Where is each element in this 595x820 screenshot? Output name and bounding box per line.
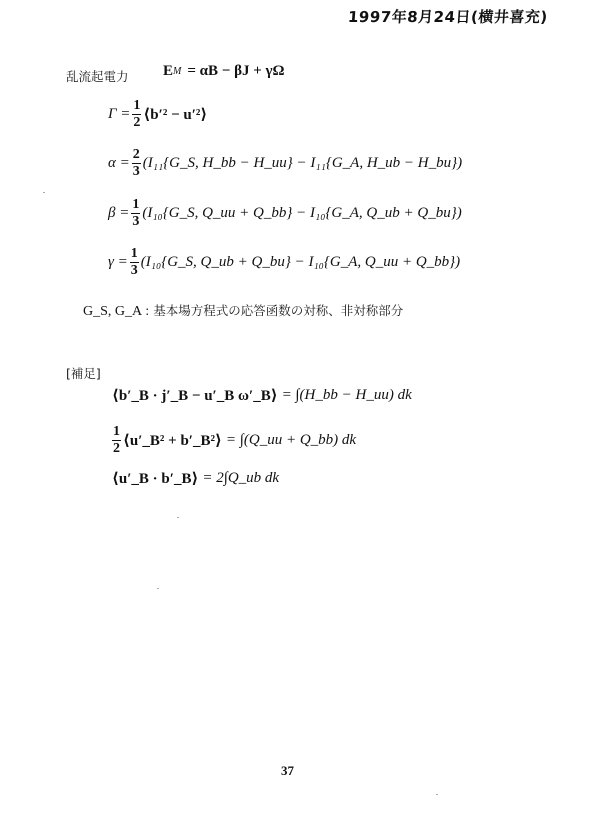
fraction-numerator: 2	[132, 148, 141, 162]
beta-equation: β = 1 3 (I₁₀{G_S, Q_uu + Q_bb} − I₁₀{G_A…	[108, 198, 462, 229]
supplement-equation-1: ⟨b′_B · j′_B − u′_B ω′_B⟩ = ∫(H_bb − H_u…	[112, 386, 412, 405]
emf-equation: EM = αB − βJ + γΩ	[163, 63, 285, 80]
fraction-denominator: 2	[112, 442, 121, 456]
gamma-rhs: (I₁₀{G_S, Q_ub + Q_bu} − I₁₀{G_A, Q_uu +…	[141, 254, 460, 271]
fraction-denominator: 2	[132, 116, 141, 130]
alpha-lhs: α =	[108, 155, 130, 172]
alpha-rhs: (I₁₁{G_S, H_bb − H_uu} − I₁₁{G_A, H_ub −…	[143, 155, 462, 172]
gamma-equation: γ = 1 3 (I₁₀{G_S, Q_ub + Q_bu} − I₁₀{G_A…	[108, 247, 460, 278]
scan-speck	[43, 192, 45, 193]
scan-speck	[436, 794, 438, 795]
scan-speck	[177, 517, 179, 518]
fraction-numerator: 1	[131, 198, 140, 212]
fraction-numerator: 1	[112, 425, 121, 439]
handwritten-date-author: 1997年8月24日(横井喜充)	[347, 6, 548, 27]
emf-rhs: = αB − βJ + γΩ	[187, 63, 284, 80]
gamma-cap-rhs: ⟨b′² − u′²⟩	[143, 105, 207, 124]
supp-eq2-rhs: = ∫(Q_uu + Q_bb) dk	[226, 432, 356, 449]
fraction: 1 3	[130, 247, 139, 278]
gamma-lhs: γ =	[108, 254, 128, 271]
emf-lhs-sub: M	[173, 66, 181, 77]
fraction-denominator: 3	[131, 215, 140, 229]
supp-eq1-rhs: = ∫(H_bb − H_uu) dk	[282, 387, 412, 404]
alpha-equation: α = 2 3 (I₁₁{G_S, H_bb − H_uu} − I₁₁{G_A…	[108, 148, 462, 179]
gamma-cap-equation: Γ = 1 2 ⟨b′² − u′²⟩	[108, 99, 207, 130]
section-title-turbulent-emf: 乱流起電力	[66, 67, 129, 85]
supp-eq3-rhs: = 2∫Q_ub dk	[202, 470, 279, 487]
beta-lhs: β =	[108, 205, 129, 222]
supplement-equation-3: ⟨u′_B · b′_B⟩ = 2∫Q_ub dk	[112, 469, 279, 488]
gamma-cap-lhs: Γ =	[108, 106, 130, 123]
supp-eq1-lhs: ⟨b′_B · j′_B − u′_B ω′_B⟩	[112, 386, 278, 405]
supplement-equation-2: 1 2 ⟨u′_B² + b′_B²⟩ = ∫(Q_uu + Q_bb) dk	[110, 425, 356, 456]
page-number: 37	[281, 763, 294, 779]
fraction: 1 2	[132, 99, 141, 130]
fraction-denominator: 3	[130, 264, 139, 278]
fraction-denominator: 3	[132, 165, 141, 179]
definition-symbols: G_S, G_A	[83, 304, 142, 320]
supp-eq2-lhs: ⟨u′_B² + b′_B²⟩	[123, 431, 222, 450]
supp-eq3-lhs: ⟨u′_B · b′_B⟩	[112, 469, 198, 488]
emf-lhs: E	[163, 63, 173, 80]
supplement-heading: [補足]	[66, 364, 101, 382]
fraction-numerator: 1	[132, 99, 141, 113]
fraction: 1 2	[112, 425, 121, 456]
definition-line: G_S, G_A : 基本場方程式の応答函数の対称、非対称部分	[83, 301, 403, 320]
beta-rhs: (I₁₀{G_S, Q_uu + Q_bb} − I₁₀{G_A, Q_ub +…	[142, 205, 461, 222]
scan-speck	[157, 588, 159, 589]
fraction: 2 3	[132, 148, 141, 179]
fraction: 1 3	[131, 198, 140, 229]
definition-text: : 基本場方程式の応答函数の対称、非対称部分	[145, 301, 403, 319]
fraction-numerator: 1	[130, 247, 139, 261]
